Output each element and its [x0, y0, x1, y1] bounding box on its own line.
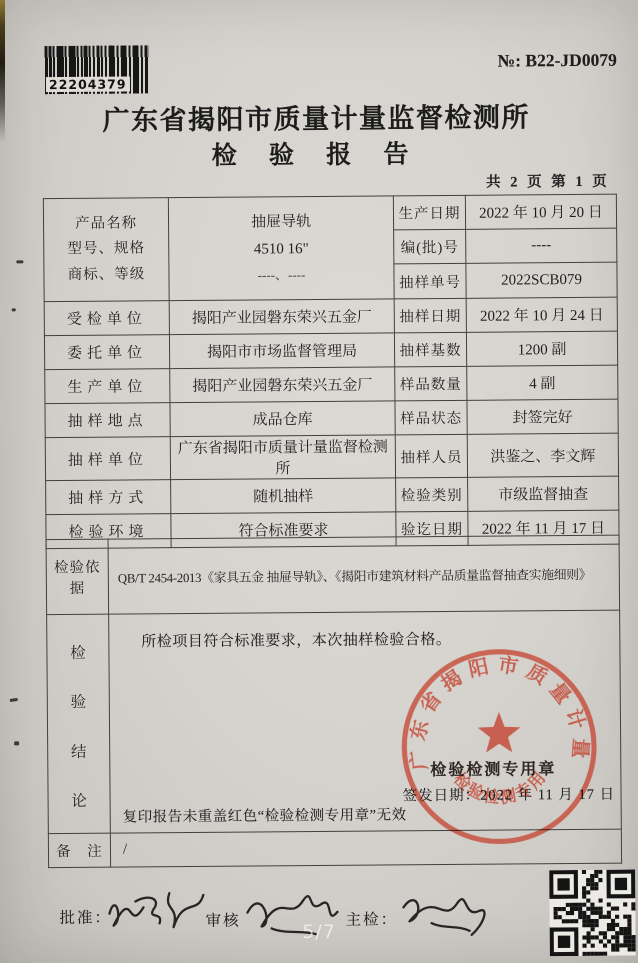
field-value: 随机抽样 — [171, 478, 396, 514]
field-label: 检验类别 — [396, 477, 468, 512]
scanned-report-page: 22204379 №: B22-JD0079 广东省揭阳市质量计量监督检测所 检… — [0, 0, 638, 963]
conclusion-label: 检 验 结 论 — [47, 614, 111, 833]
institute-title: 广东省揭阳市质量计量监督检测所 — [0, 95, 635, 139]
info-table-upper: 产品名称 型号、规格 商标、等级 抽屉导轨 4510 16" ----、----… — [43, 194, 620, 549]
svg-text:广东省揭阳市质量计量监督检测所: 广东省揭阳市质量计量监督检测所 — [396, 644, 591, 772]
stamp-ring-text: 广东省揭阳市质量计量监督检测所 — [396, 644, 591, 772]
field-value: 封签完好 — [467, 399, 618, 434]
label-char: 论 — [71, 789, 87, 811]
field-value: 1200 副 — [466, 331, 617, 366]
field-label: 受检单位 — [44, 301, 169, 336]
ink-speck — [16, 260, 23, 263]
field-value: 市级监督抽查 — [468, 476, 619, 511]
ink-speck — [12, 308, 16, 311]
barcode-number: 22204379 — [46, 76, 130, 92]
field-value: 揭阳市市场监督管理局 — [169, 333, 394, 369]
ink-speck — [14, 741, 19, 745]
field-label: 生产日期 — [393, 195, 465, 230]
field-value: ---- — [466, 228, 617, 263]
field-label: 抽样日期 — [394, 298, 466, 333]
official-stamp: 广东省揭阳市质量计量监督检测所 检验检测专用章 — [396, 644, 602, 850]
ink-speck — [10, 698, 18, 702]
conclusion-cell: 所检项目符合标准要求，本次抽样检验合格。 检验检测专用章 签发日期：2022 年… — [109, 610, 622, 833]
field-value: 揭阳产业园磐东荣兴五金厂 — [170, 367, 395, 403]
field-value: 成品仓库 — [170, 401, 395, 437]
product-name-label: 产品名称 型号、规格 商标、等级 — [43, 198, 169, 302]
field-label: 样品状态 — [395, 400, 467, 435]
field-label: 抽样地点 — [45, 403, 170, 438]
inspection-basis-value: QB/T 2454-2013《家具五金 抽屉导轨》、《揭阳市建筑材料产品质量监督… — [108, 535, 620, 614]
label-line: 型号、规格 — [46, 237, 166, 263]
field-value: 洪鉴之、李文辉 — [467, 433, 618, 477]
inspection-basis-label: 检验依据 — [46, 539, 109, 614]
field-value: 2022 年 10 月 24 日 — [466, 297, 617, 332]
field-label: 抽样人员 — [395, 434, 467, 478]
field-label: 抽样单位 — [45, 437, 170, 481]
field-value: 2022 年 10 月 20 日 — [465, 194, 616, 229]
label-char: 检 — [70, 641, 86, 663]
info-table-lower: 检验依据 QB/T 2454-2013《家具五金 抽屉导轨》、《揭阳市建筑材料产… — [46, 535, 623, 868]
field-label: 抽样基数 — [394, 332, 466, 367]
report-number: №: B22-JD0079 — [498, 50, 617, 72]
label-line: 商标、等级 — [46, 262, 166, 288]
page-watermark: 5/7 — [0, 921, 638, 943]
field-label: 抽样方式 — [46, 480, 171, 515]
field-label: 抽样单号 — [394, 263, 466, 299]
qr-code — [549, 870, 636, 957]
label-char: 结 — [71, 739, 87, 761]
copy-invalid-notice: 复印报告未重盖红色“检验检测专用章”无效 — [123, 803, 407, 826]
field-value: 揭阳产业园磐东荣兴五金厂 — [169, 299, 394, 335]
remark-label: 备 注 — [48, 833, 110, 867]
photo-edge — [0, 0, 5, 142]
report-title: 检 验 报 告 — [0, 133, 636, 174]
field-label: 生产单位 — [45, 369, 170, 404]
field-label: 编(批)号 — [394, 229, 466, 264]
value-line: 4510 16" — [171, 236, 391, 265]
value-line: 抽屉导轨 — [171, 209, 391, 238]
label-char: 验 — [70, 690, 86, 712]
paper-sheet: 22204379 №: B22-JD0079 广东省揭阳市质量计量监督检测所 检… — [0, 0, 638, 963]
field-label: 委托单位 — [44, 335, 169, 370]
barcode: 22204379 — [45, 45, 149, 94]
label-line: 产品名称 — [46, 211, 166, 237]
field-value: 广东省揭阳市质量计量监督检测所 — [170, 435, 395, 480]
value-line: ----、---- — [171, 263, 391, 288]
field-value: 4 副 — [467, 365, 618, 400]
page-indicator: 共 2 页 第 1 页 — [486, 170, 610, 192]
field-value: 2022SCB079 — [466, 262, 617, 298]
product-name-value: 抽屉导轨 4510 16" ----、---- — [168, 196, 394, 301]
field-label: 样品数量 — [395, 366, 467, 401]
star-icon — [478, 712, 521, 753]
signature-row: 批准： 审核 主检： — [0, 0, 634, 3]
